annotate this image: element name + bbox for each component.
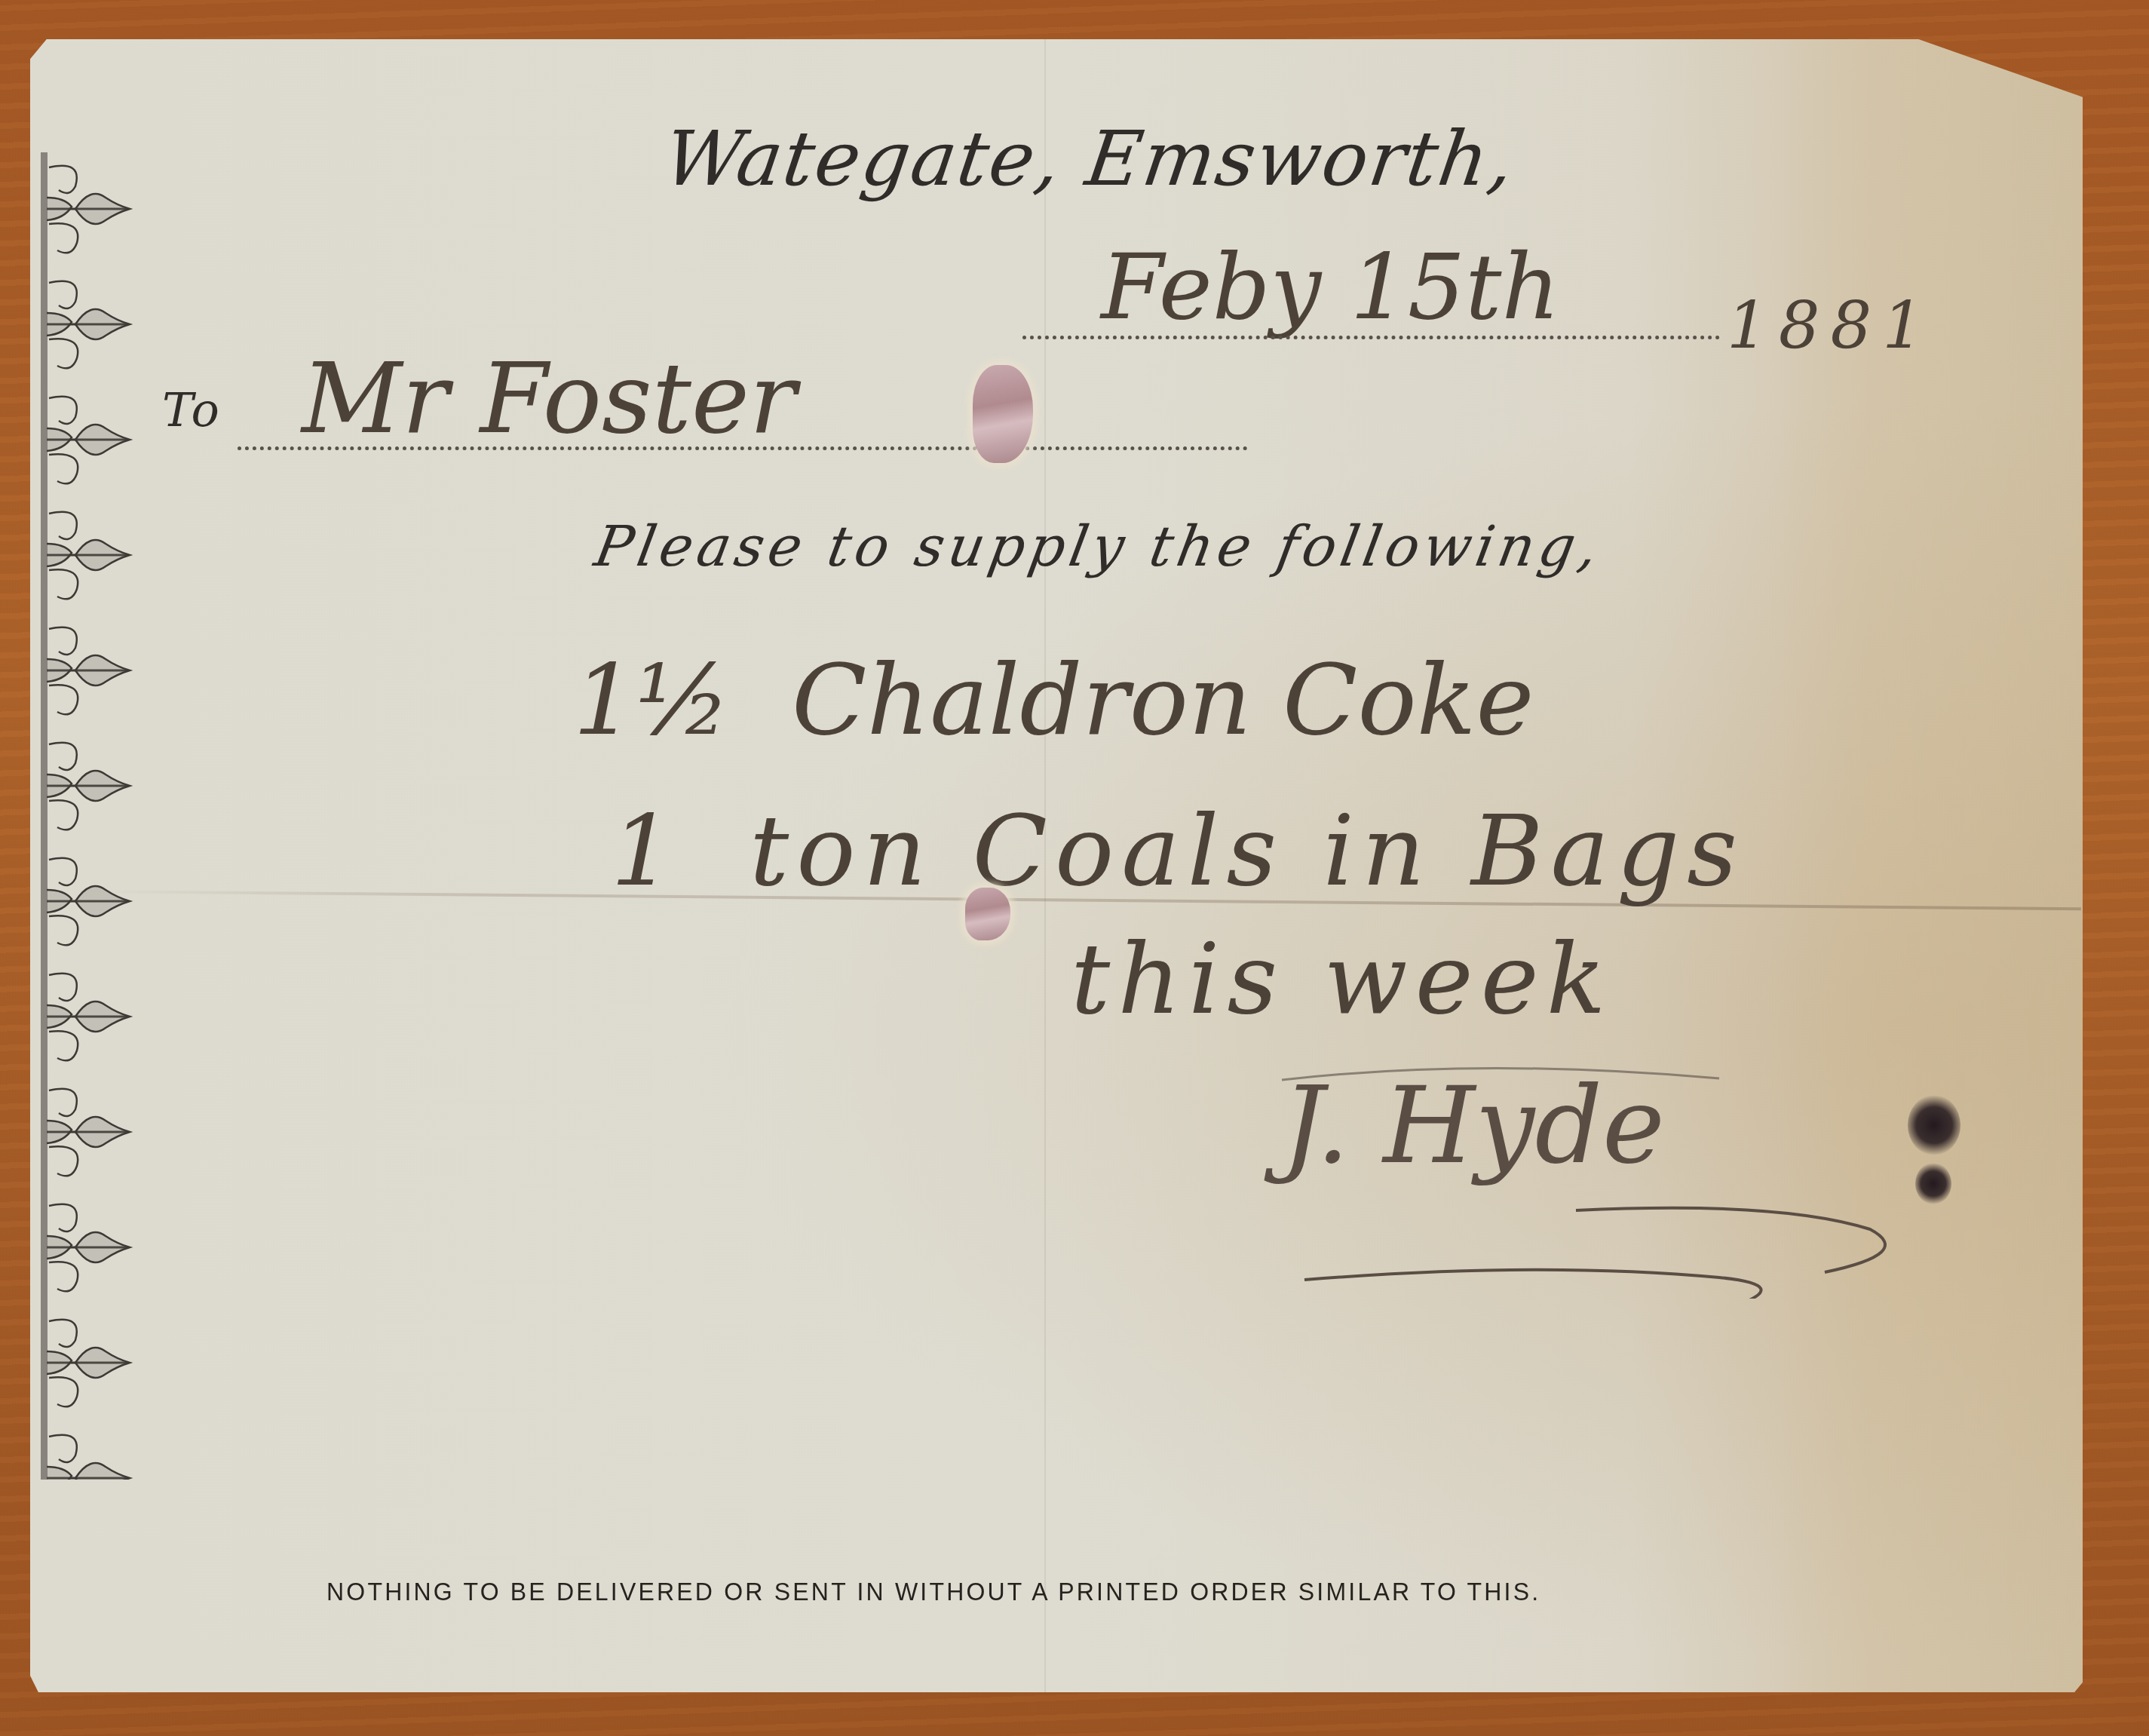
order-item-2: 1 ton Coals in Bags bbox=[611, 793, 1745, 908]
order-item-2-quantity: 1 bbox=[611, 793, 681, 908]
border-ornament-icon bbox=[30, 383, 136, 498]
date-month-day: Feby 15th bbox=[1101, 235, 1560, 340]
border-ornament-icon bbox=[30, 1422, 136, 1480]
instruction-text: Please to supply the following, bbox=[590, 514, 1607, 579]
ornamental-left-border bbox=[30, 152, 136, 1480]
recipient-dotted-line bbox=[238, 446, 1248, 450]
order-item-1-text: Chaldron Coke bbox=[792, 643, 1534, 757]
ink-stain-dot bbox=[1915, 1163, 1951, 1204]
ink-stain bbox=[1908, 1095, 1960, 1155]
border-ornament-icon bbox=[30, 614, 136, 729]
order-document: Wategate, Emsworth, Feby 15th 1881 To Mr… bbox=[30, 39, 2083, 1692]
border-ornament-icon bbox=[30, 152, 136, 268]
paper-tear-lower bbox=[965, 888, 1010, 940]
address-line: Wategate, Emsworth, bbox=[659, 115, 1521, 203]
footer-notice: NOTHING TO BE DELIVERED OR SENT IN WITHO… bbox=[326, 1577, 1699, 1606]
recipient-prefix: To bbox=[162, 382, 221, 437]
border-ornament-icon bbox=[30, 268, 136, 383]
date-dotted-line bbox=[1022, 336, 1720, 339]
border-ornament-icon bbox=[30, 1075, 136, 1191]
aged-foxing-area bbox=[1780, 39, 2083, 1692]
order-item-2-text: ton Coals in Bags bbox=[750, 793, 1745, 908]
border-ornament-icon bbox=[30, 729, 136, 845]
border-ornament-icon bbox=[30, 1191, 136, 1306]
border-ornament-icon bbox=[30, 498, 136, 614]
order-item-1-quantity: 1½ bbox=[573, 643, 731, 757]
date-year: 1881 bbox=[1727, 288, 1934, 363]
order-item-1: 1½ Chaldron Coke bbox=[573, 643, 1534, 757]
recipient-name: Mr Foster bbox=[302, 341, 796, 455]
border-ornament-icon bbox=[30, 960, 136, 1075]
paper-tear-upper bbox=[973, 365, 1033, 463]
signature: J. Hyde bbox=[1282, 1065, 1665, 1188]
border-ornament-icon bbox=[30, 1306, 136, 1422]
border-ornament-icon bbox=[30, 845, 136, 960]
